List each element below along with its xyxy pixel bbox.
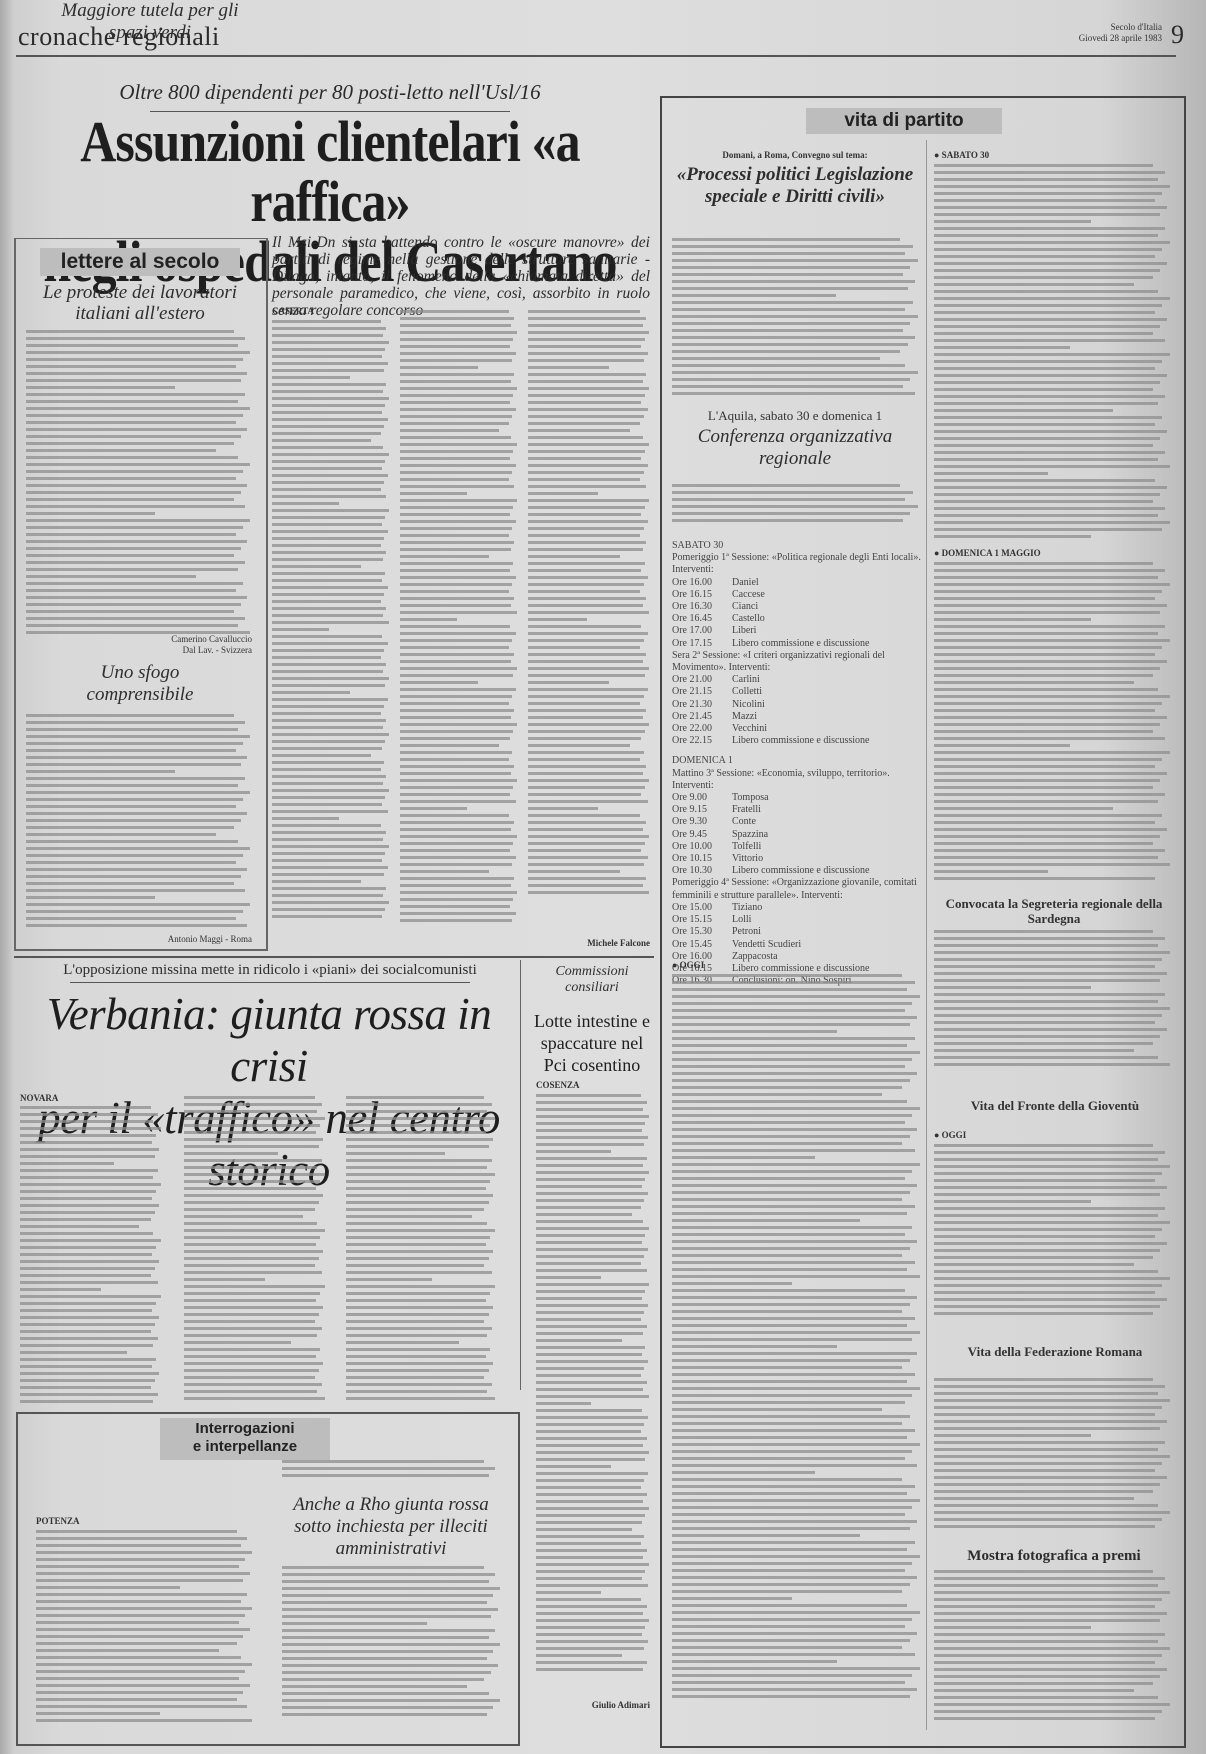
- text-line: [400, 758, 509, 761]
- text-line: [528, 814, 640, 817]
- text-line: [26, 833, 216, 836]
- text-line: [26, 805, 236, 808]
- text-line: [528, 667, 649, 670]
- text-line: [672, 1065, 905, 1068]
- text-line: [528, 415, 644, 418]
- text-line: [528, 548, 643, 551]
- text-line: [184, 1355, 316, 1358]
- text-line: [536, 1570, 645, 1573]
- text-line: [536, 1430, 641, 1433]
- text-line: [36, 1677, 239, 1680]
- schedule-speaker: Carlini: [732, 674, 760, 686]
- text-line: [528, 359, 644, 362]
- schedule-speaker: Tomposa: [732, 792, 769, 804]
- text-line: [26, 568, 238, 571]
- schedule-row: Ore 9.45Spazzina: [672, 829, 922, 841]
- text-line: [184, 1138, 323, 1141]
- schedule-speaker: Lolli: [732, 914, 751, 926]
- text-line: [934, 1619, 1160, 1622]
- schedule-speaker: Fratelli: [732, 804, 761, 816]
- text-line: [934, 1158, 1158, 1161]
- text-line: [934, 1399, 1170, 1402]
- interrogazioni-title-line1: Interrogazioni: [160, 1420, 330, 1438]
- text-line: [272, 649, 384, 652]
- text-line: [272, 838, 383, 841]
- text-line: [26, 470, 243, 473]
- text-line: [272, 481, 384, 484]
- text-line: [528, 674, 645, 677]
- text-line: [184, 1201, 319, 1204]
- interrogazioni-prev-body: [282, 1460, 502, 1481]
- text-line: [672, 1016, 917, 1019]
- text-line: [36, 1712, 160, 1715]
- text-line: [528, 352, 648, 355]
- text-line: [672, 350, 900, 353]
- text-line: [400, 807, 467, 810]
- schedule-session3: Mattino 3ª Sessione: «Economia, sviluppo…: [672, 768, 922, 792]
- text-line: [26, 330, 234, 333]
- text-line: [934, 325, 1160, 328]
- text-line: [26, 819, 241, 822]
- text-line: [26, 512, 155, 515]
- text-line: [272, 460, 385, 463]
- text-line: [346, 1264, 484, 1267]
- text-line: [272, 824, 381, 827]
- text-line: [934, 1165, 1170, 1168]
- text-line: [528, 450, 645, 453]
- text-line: [528, 380, 643, 383]
- oggi-label-middle: ● OGGI: [672, 960, 704, 971]
- text-line: [26, 547, 241, 550]
- sabato-label: ● SABATO 30: [934, 150, 989, 161]
- text-line: [934, 1228, 1162, 1231]
- text-line: [184, 1362, 323, 1365]
- text-line: [672, 1408, 882, 1411]
- text-line: [934, 730, 1153, 733]
- text-line: [934, 248, 1162, 251]
- text-line: [672, 1401, 905, 1404]
- text-line: [26, 379, 241, 382]
- text-line: [934, 569, 1165, 572]
- text-line: [672, 1317, 915, 1320]
- text-line: [672, 1142, 902, 1145]
- text-line: [672, 280, 915, 283]
- text-line: [184, 1152, 278, 1155]
- text-line: [934, 332, 1153, 335]
- text-line: [20, 1183, 161, 1186]
- text-line: [536, 1395, 649, 1398]
- schedule-time: Ore 9.15: [672, 804, 732, 816]
- text-line: [934, 206, 1167, 209]
- text-line: [536, 1640, 648, 1643]
- text-line: [934, 388, 1153, 391]
- schedule-time: Ore 21.30: [672, 699, 732, 711]
- schedule-time: Ore 10.30: [672, 865, 732, 877]
- text-line: [672, 1660, 837, 1663]
- text-line: [528, 443, 649, 446]
- text-line: [934, 262, 1167, 265]
- text-line: [184, 1369, 319, 1372]
- text-line: [272, 740, 385, 743]
- text-line: [400, 555, 489, 558]
- text-line: [934, 1689, 1134, 1692]
- text-line: [934, 1455, 1170, 1458]
- text-line: [934, 199, 1155, 202]
- text-line: [536, 1619, 649, 1622]
- text-line: [400, 457, 510, 460]
- text-line: [346, 1250, 493, 1253]
- text-line: [400, 786, 513, 789]
- verbania-body-col3: [346, 1096, 496, 1404]
- text-line: [400, 464, 516, 467]
- text-line: [26, 400, 238, 403]
- text-line: [20, 1302, 156, 1305]
- text-line: [934, 1193, 1160, 1196]
- text-line: [26, 540, 247, 543]
- text-line: [26, 526, 243, 529]
- text-line: [536, 1507, 649, 1510]
- text-line: [400, 870, 489, 873]
- text-line: [536, 1108, 643, 1111]
- text-line: [26, 372, 247, 375]
- schedule-session3-rows: Ore 9.00TomposaOre 9.15FratelliOre 9.30C…: [672, 792, 922, 877]
- text-line: [934, 1014, 1162, 1017]
- text-line: [26, 603, 241, 606]
- text-line: [536, 1262, 641, 1265]
- lead-body-col2: [400, 310, 518, 926]
- text-line: [528, 709, 646, 712]
- schedule-time: Ore 15.00: [672, 902, 732, 914]
- text-line: [20, 1106, 151, 1109]
- text-line: [20, 1309, 152, 1312]
- text-line: [934, 951, 1170, 954]
- text-line: [528, 422, 640, 425]
- text-line: [272, 383, 386, 386]
- text-line: [672, 1184, 917, 1187]
- text-line: [536, 1535, 644, 1538]
- text-line: [272, 635, 382, 638]
- text-line: [36, 1698, 237, 1701]
- schedule-time: Ore 16.45: [672, 613, 732, 625]
- text-line: [184, 1166, 317, 1169]
- text-line: [36, 1628, 250, 1631]
- text-line: [400, 716, 511, 719]
- text-line: [672, 1674, 912, 1677]
- text-line: [528, 891, 649, 894]
- text-line: [282, 1650, 493, 1653]
- text-line: [26, 714, 234, 717]
- text-line: [272, 537, 384, 540]
- text-line: [934, 1668, 1167, 1671]
- text-line: [184, 1103, 322, 1106]
- text-line: [536, 1283, 649, 1286]
- text-line: [934, 1497, 1134, 1500]
- text-line: [400, 737, 510, 740]
- text-line: [536, 1542, 641, 1545]
- text-line: [528, 884, 643, 887]
- text-line: [346, 1320, 484, 1323]
- text-line: [400, 338, 513, 341]
- schedule-row: Ore 16.45Castello: [672, 613, 922, 625]
- text-line: [26, 414, 243, 417]
- lead-headline-line1: Assunzioni clientelari «a raffica»: [12, 112, 648, 232]
- text-line: [536, 1157, 647, 1160]
- text-line: [346, 1369, 489, 1372]
- text-line: [528, 821, 646, 824]
- text-line: [346, 1299, 486, 1302]
- oggi-label-fronte: ● OGGI: [934, 1130, 966, 1141]
- text-line: [672, 294, 836, 297]
- text-line: [184, 1159, 322, 1162]
- text-line: [536, 1661, 647, 1664]
- text-line: [36, 1551, 252, 1554]
- text-line: [282, 1699, 500, 1702]
- text-line: [528, 639, 644, 642]
- schedule-time: Ore 22.00: [672, 723, 732, 735]
- text-line: [672, 1128, 917, 1131]
- text-line: [400, 849, 510, 852]
- text-line: [272, 831, 386, 834]
- text-line: [272, 719, 386, 722]
- text-line: [934, 695, 1170, 698]
- text-line: [400, 317, 514, 320]
- text-line: [672, 371, 918, 374]
- text-line: [36, 1537, 247, 1540]
- text-line: [26, 770, 175, 773]
- text-line: [26, 854, 243, 857]
- text-line: [672, 1695, 910, 1698]
- text-line: [346, 1285, 495, 1288]
- schedule-speaker: Liberi: [732, 625, 756, 637]
- text-line: [528, 618, 587, 621]
- text-line: [272, 614, 383, 617]
- text-line: [934, 220, 1091, 223]
- text-line: [272, 516, 385, 519]
- schedule-speaker: Vittorio: [732, 853, 763, 865]
- text-line: [528, 660, 643, 663]
- text-line: [934, 346, 1070, 349]
- vita-right-listings-1: [934, 164, 1172, 542]
- text-line: [184, 1376, 315, 1379]
- text-line: [272, 544, 381, 547]
- text-line: [934, 653, 1155, 656]
- lead-byline: Michele Falcone: [528, 938, 650, 948]
- text-line: [346, 1271, 492, 1274]
- text-line: [672, 1149, 915, 1152]
- text-line: [536, 1220, 643, 1223]
- schedule-time: Ore 17.15: [672, 638, 732, 650]
- lead-dateline: CASERTA: [272, 306, 314, 317]
- text-line: [346, 1180, 490, 1183]
- text-line: [528, 751, 644, 754]
- text-line: [400, 345, 510, 348]
- text-line: [672, 1611, 920, 1614]
- text-line: [346, 1334, 487, 1337]
- text-line: [528, 366, 609, 369]
- lead-body-col1: [272, 320, 390, 922]
- text-line: [672, 273, 903, 276]
- text-line: [272, 887, 386, 890]
- schedule-row: Ore 9.00Tomposa: [672, 792, 922, 804]
- text-line: [272, 880, 361, 883]
- text-line: [346, 1278, 432, 1281]
- text-line: [400, 709, 514, 712]
- text-line: [528, 604, 643, 607]
- text-line: [400, 632, 516, 635]
- text-line: [536, 1227, 649, 1230]
- text-line: [346, 1152, 445, 1155]
- text-line: [536, 1367, 644, 1370]
- text-line: [934, 451, 1165, 454]
- text-line: [36, 1635, 243, 1638]
- interrogazioni-item1-body: [36, 1530, 254, 1726]
- text-line: [672, 1646, 902, 1649]
- text-line: [536, 1171, 649, 1174]
- schedule-time: Ore 10.15: [672, 853, 732, 865]
- text-line: [672, 301, 913, 304]
- text-line: [36, 1656, 241, 1659]
- text-line: [934, 625, 1165, 628]
- text-line: [184, 1131, 316, 1134]
- text-line: [400, 499, 517, 502]
- text-line: [934, 1462, 1162, 1465]
- text-line: [528, 562, 645, 565]
- text-line: [36, 1544, 241, 1547]
- text-line: [400, 814, 509, 817]
- text-line: [934, 744, 1070, 747]
- text-line: [934, 1483, 1160, 1486]
- text-line: [934, 1696, 1158, 1699]
- text-line: [672, 1030, 837, 1033]
- text-line: [400, 408, 516, 411]
- text-line: [934, 979, 1160, 982]
- text-line: [528, 723, 649, 726]
- text-line: [672, 1170, 912, 1173]
- text-line: [536, 1500, 643, 1503]
- schedule-row: Ore 17.15Libero commissione e discussion…: [672, 638, 922, 650]
- text-line: [934, 1525, 1155, 1528]
- schedule-row: Ore 22.15Libero commissione e discussion…: [672, 735, 922, 747]
- text-line: [400, 478, 509, 481]
- text-line: [934, 1305, 1160, 1308]
- text-line: [26, 791, 250, 794]
- text-line: [536, 1521, 642, 1524]
- text-line: [400, 884, 511, 887]
- text-line: [672, 1576, 917, 1579]
- text-line: [934, 1242, 1167, 1245]
- interrogazioni-item2-body: [282, 1566, 502, 1720]
- text-line: [400, 541, 514, 544]
- text-line: [934, 1448, 1158, 1451]
- schedule-time: Ore 10.00: [672, 841, 732, 853]
- text-line: [672, 357, 880, 360]
- text-line: [536, 1248, 648, 1251]
- text-line: [934, 339, 1165, 342]
- letter1-signature2: Dal Lav. - Svizzera: [26, 645, 252, 655]
- schedule-row: Ore 22.00Vecchini: [672, 723, 922, 735]
- text-line: [400, 450, 513, 453]
- text-line: [934, 1570, 1153, 1573]
- text-line: [528, 716, 643, 719]
- schedule-session2: Sera 2ª Sessione: «I criteri organizzati…: [672, 650, 922, 674]
- text-line: [672, 1541, 915, 1544]
- vita-column-rule: [926, 140, 927, 1730]
- text-line: [26, 617, 245, 620]
- text-line: [20, 1169, 158, 1172]
- text-line: [400, 835, 517, 838]
- text-line: [528, 856, 648, 859]
- text-line: [528, 800, 648, 803]
- text-line: [282, 1629, 495, 1632]
- text-line: [934, 779, 1160, 782]
- text-line: [184, 1222, 317, 1225]
- text-line: [934, 604, 1167, 607]
- text-line: [26, 484, 247, 487]
- text-line: [36, 1691, 243, 1694]
- text-line: [934, 444, 1153, 447]
- text-line: [536, 1213, 632, 1216]
- text-line: [400, 590, 509, 593]
- text-line: [282, 1706, 493, 1709]
- text-line: [934, 632, 1158, 635]
- text-line: [536, 1605, 647, 1608]
- text-line: [934, 1661, 1155, 1664]
- text-line: [672, 505, 918, 508]
- text-line: [528, 387, 649, 390]
- text-line: [272, 677, 389, 680]
- text-line: [672, 1569, 905, 1572]
- text-line: [536, 1612, 643, 1615]
- text-line: [528, 506, 645, 509]
- text-line: [934, 1256, 1153, 1259]
- text-line: [672, 1429, 915, 1432]
- text-line: [346, 1243, 486, 1246]
- text-line: [934, 1612, 1167, 1615]
- text-line: [26, 421, 236, 424]
- text-line: [672, 1485, 915, 1488]
- letter1-title: Le proteste dei lavoratori italiani all'…: [24, 282, 256, 324]
- cosenza-headline: Lotte intestine e spaccature nel Pci cos…: [528, 1010, 656, 1076]
- text-line: [272, 691, 350, 694]
- vita-di-partito-title: vita di partito: [806, 108, 1002, 134]
- text-line: [672, 1282, 792, 1285]
- text-line: [934, 667, 1160, 670]
- schedule-day2: DOMENICA 1: [672, 755, 922, 767]
- text-line: [184, 1271, 322, 1274]
- text-line: [528, 632, 648, 635]
- text-line: [934, 1577, 1165, 1580]
- text-line: [282, 1601, 487, 1604]
- text-line: [528, 793, 641, 796]
- text-line: [934, 1469, 1155, 1472]
- text-line: [672, 1240, 917, 1243]
- text-line: [536, 1402, 591, 1405]
- letter1-body: [26, 330, 252, 638]
- text-line: [36, 1572, 250, 1575]
- text-line: [400, 793, 510, 796]
- text-line: [36, 1684, 250, 1687]
- schedule-speaker: Spazzina: [732, 829, 768, 841]
- text-line: [528, 807, 598, 810]
- schedule-row: Ore 10.00Tolfelli: [672, 841, 922, 853]
- text-line: [346, 1166, 487, 1169]
- schedule-speaker: Nicolini: [732, 699, 765, 711]
- text-line: [672, 1023, 910, 1026]
- text-line: [184, 1173, 325, 1176]
- text-line: [184, 1229, 325, 1232]
- convegno-title: «Processi politici Legislazione speciale…: [668, 164, 922, 208]
- text-line: [672, 484, 900, 487]
